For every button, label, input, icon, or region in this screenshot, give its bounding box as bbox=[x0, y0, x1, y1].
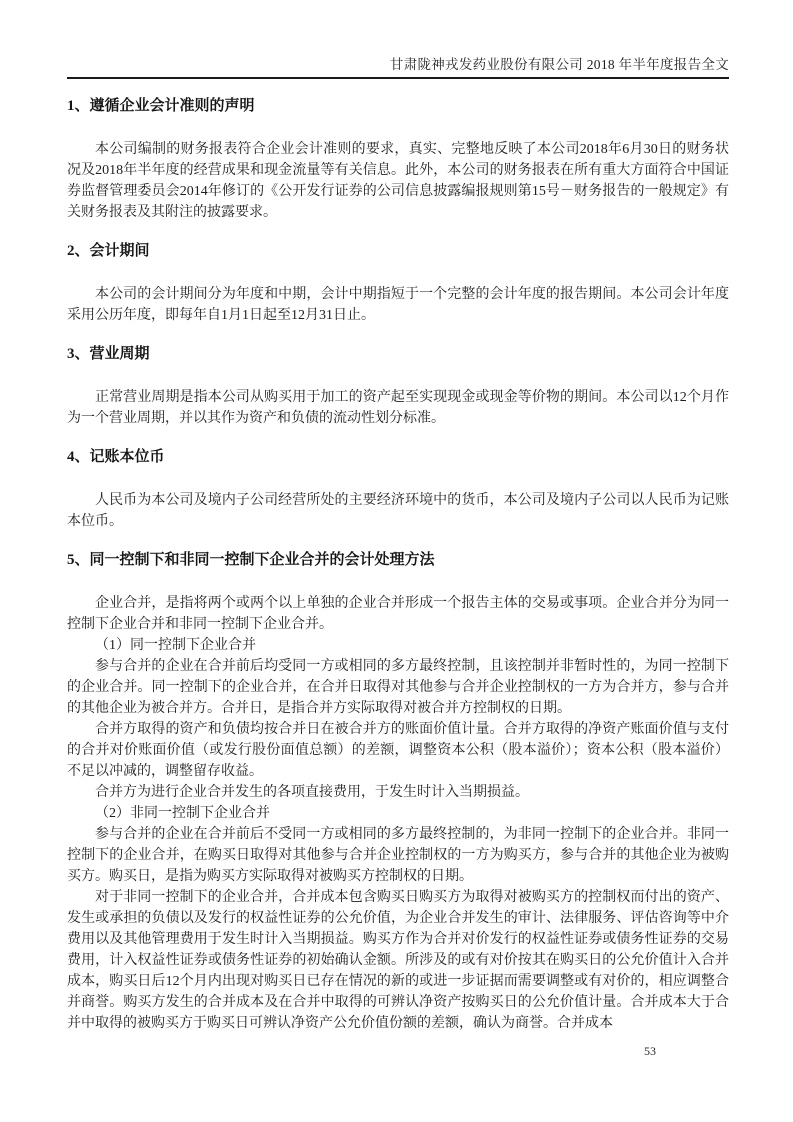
section-operating-cycle: 3、营业周期 正常营业周期是指本公司从购买用于加工的资产起至实现现金或现金等价物… bbox=[67, 346, 729, 429]
section-3-heading: 3、营业周期 bbox=[67, 346, 729, 363]
section-5-paragraph-same-control-measurement: 合并方取得的资产和负债均按合并日在被合并方的账面价值计量。合并方取得的净资产账面… bbox=[67, 719, 729, 782]
section-5-paragraph-non-same-control-cost: 对于非同一控制下的企业合并，合并成本包含购买日购买方为取得对被购买方的控制权而付… bbox=[67, 887, 729, 1034]
section-functional-currency: 4、记账本位币 人民币为本公司及境内子公司经营所处的主要经济环境中的货币，本公司… bbox=[67, 449, 729, 532]
section-accounting-standards-statement: 1、遵循企业会计准则的声明 本公司编制的财务报表符合企业会计准则的要求，真实、完… bbox=[67, 98, 729, 223]
header-divider bbox=[67, 77, 729, 79]
section-accounting-period: 2、会计期间 本公司的会计期间分为年度和中期，会计中期指短于一个完整的会计年度的… bbox=[67, 243, 729, 326]
page-header: 甘肃陇神戎发药业股份有限公司 2018 年半年度报告全文 bbox=[67, 0, 729, 79]
section-5-subitem-2-heading: （2）非同一控制下企业合并 bbox=[67, 803, 729, 824]
section-2-heading: 2、会计期间 bbox=[67, 243, 729, 260]
section-5-heading: 5、同一控制下和非同一控制下企业合并的会计处理方法 bbox=[67, 552, 729, 569]
report-header-title: 甘肃陇神戎发药业股份有限公司 2018 年半年度报告全文 bbox=[67, 56, 729, 73]
section-4-paragraph: 人民币为本公司及境内子公司经营所处的主要经济环境中的货币，本公司及境内子公司以人… bbox=[67, 490, 729, 532]
page-number: 53 bbox=[67, 1044, 729, 1058]
section-5-paragraph-intro: 企业合并，是指将两个或两个以上单独的企业合并形成一个报告主体的交易或事项。企业合… bbox=[67, 593, 729, 635]
page-content: 甘肃陇神戎发药业股份有限公司 2018 年半年度报告全文 1、遵循企业会计准则的… bbox=[0, 0, 793, 1058]
section-3-paragraph: 正常营业周期是指本公司从购买用于加工的资产起至实现现金或现金等价物的期间。本公司… bbox=[67, 387, 729, 429]
section-business-combinations: 5、同一控制下和非同一控制下企业合并的会计处理方法 企业合并，是指将两个或两个以… bbox=[67, 552, 729, 1034]
section-5-paragraph-same-control-definition: 参与合并的企业在合并前后均受同一方或相同的多方最终控制，且该控制并非暂时性的，为… bbox=[67, 656, 729, 719]
section-5-paragraph-same-control-expenses: 合并方为进行企业合并发生的各项直接费用，于发生时计入当期损益。 bbox=[67, 782, 729, 803]
document-page: 甘肃陇神戎发药业股份有限公司 2018 年半年度报告全文 1、遵循企业会计准则的… bbox=[0, 0, 793, 1122]
section-4-heading: 4、记账本位币 bbox=[67, 449, 729, 466]
section-1-paragraph: 本公司编制的财务报表符合企业会计准则的要求，真实、完整地反映了本公司2018年6… bbox=[67, 139, 729, 223]
section-2-paragraph: 本公司的会计期间分为年度和中期，会计中期指短于一个完整的会计年度的报告期间。本公… bbox=[67, 284, 729, 326]
section-1-heading: 1、遵循企业会计准则的声明 bbox=[67, 98, 729, 115]
section-5-paragraph-non-same-control-definition: 参与合并的企业在合并前后不受同一方或相同的多方最终控制的，为非同一控制下的企业合… bbox=[67, 824, 729, 887]
section-5-subitem-1-heading: （1）同一控制下企业合并 bbox=[67, 635, 729, 656]
